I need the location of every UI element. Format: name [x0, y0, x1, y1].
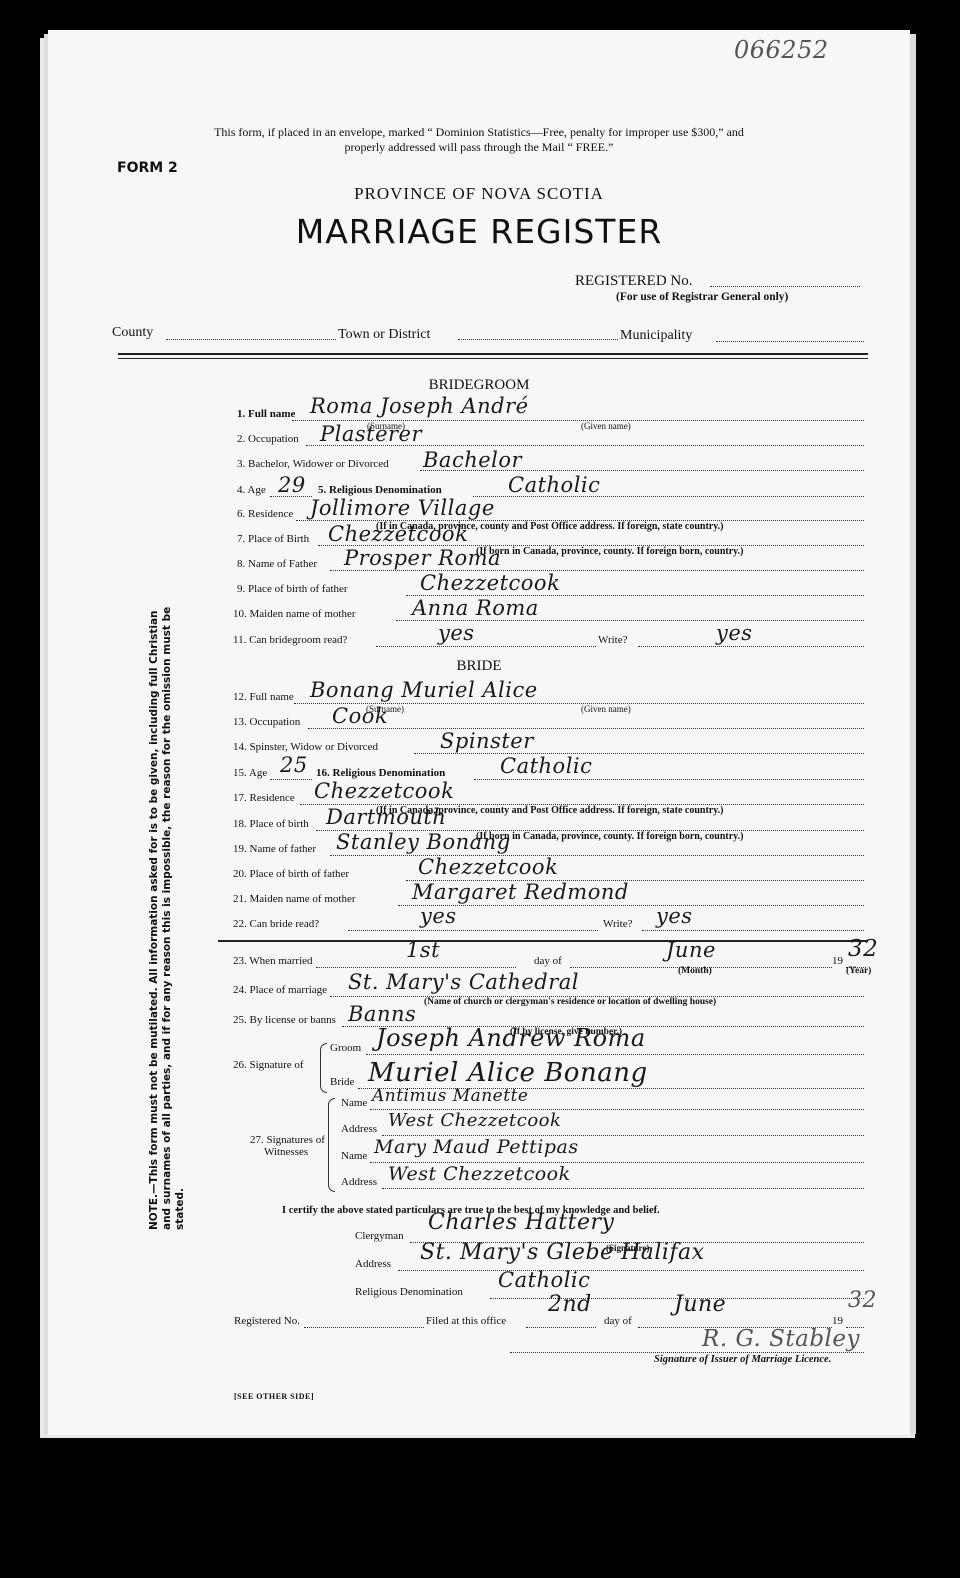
groom-occupation-value: Plasterer	[320, 422, 422, 446]
witness-1-name-label: Name	[341, 1097, 367, 1109]
day-of-label: day of	[534, 955, 562, 967]
groom-age-label: 4. Age	[237, 484, 266, 496]
groom-read-label: 11. Can bridegroom read?	[233, 634, 347, 646]
birthplace-hint: (If born in Canada, province, county. If…	[476, 546, 743, 557]
witness-1-name: Antimus Manette	[372, 1086, 528, 1106]
bride-mother-maiden-label: 21. Maiden name of mother	[233, 893, 356, 905]
mail-notice-line-2: properly addressed will pass through the…	[48, 140, 910, 155]
license-or-banns-label: 25. By license or banns	[233, 1014, 336, 1026]
year-prefix: 19	[832, 955, 843, 967]
groom-religion-value: Catholic	[508, 473, 600, 497]
bride-occupation-value: Cook	[332, 704, 388, 728]
birthplace-hint: (If born in Canada, province, county. If…	[476, 831, 743, 842]
bride-write-line	[642, 930, 864, 931]
bride-father-birthplace-value: Chezzetcook	[418, 855, 558, 879]
mail-notice-line-1: This form, if placed in an envelope, mar…	[48, 125, 910, 140]
witness-1-address-label: Address	[341, 1123, 377, 1135]
registered-no-field	[710, 286, 860, 287]
bride-birthplace-label: 18. Place of birth	[233, 818, 309, 830]
bride-religion-label: 16. Religious Denomination	[316, 767, 445, 779]
married-year-value: 32	[848, 936, 878, 962]
given-name-hint: (Given name)	[581, 704, 631, 714]
witness-2-address-label: Address	[341, 1176, 377, 1188]
groom-father-birthplace-label: 9. Place of birth of father	[237, 583, 348, 595]
marriage-register-page: 066252 This form, if placed in an envelo…	[48, 30, 910, 1435]
license-or-banns-value: Banns	[348, 1002, 416, 1026]
province-heading: PROVINCE OF NOVA SCOTIA	[48, 184, 910, 204]
groom-residence-value: Jollimore Village	[310, 496, 495, 520]
bride-father-name-label: 19. Name of father	[233, 843, 316, 855]
town-label: Town or District	[338, 327, 430, 343]
bride-mother-maiden-line	[398, 905, 864, 906]
groom-signature: Joseph Andrew Roma	[376, 1024, 646, 1052]
given-name-hint: (Given name)	[581, 421, 631, 431]
groom-mother-maiden-label: 10. Maiden name of mother	[233, 608, 356, 620]
filed-month: June	[674, 1292, 726, 1317]
bride-age-label: 15. Age	[233, 767, 267, 779]
groom-father-birthplace-value: Chezzetcook	[420, 571, 560, 595]
witness-2-address: West Chezzetcook	[388, 1163, 571, 1185]
see-other-side: [SEE OTHER SIDE]	[234, 1392, 314, 1401]
issuer-signature: R. G. Stabley	[702, 1326, 860, 1352]
clergyman-denomination-label: Religious Denomination	[355, 1286, 463, 1298]
groom-write-value: yes	[716, 621, 753, 645]
groom-signature-line	[366, 1054, 864, 1055]
groom-marital-status-label: 3. Bachelor, Widower or Divorced	[237, 458, 389, 470]
clergyman-denomination: Catholic	[498, 1268, 590, 1292]
witness-1-address: West Chezzetcook	[388, 1110, 561, 1131]
married-month-value: June	[666, 938, 716, 962]
bride-marital-status-label: 14. Spinster, Widow or Divorced	[233, 741, 378, 753]
registered-no-hint: (For use of Registrar General only)	[616, 291, 788, 303]
groom-residence-label: 6. Residence	[237, 508, 293, 520]
issuer-signature-line	[510, 1352, 864, 1353]
form-number: FORM 2	[117, 160, 178, 176]
groom-religion-label: 5. Religious Denomination	[318, 484, 442, 496]
bride-write-label: Write?	[603, 918, 632, 930]
bride-father-name-value: Stanley Bonang	[336, 830, 511, 854]
witnesses-label: 27. Signatures of	[250, 1134, 325, 1146]
filed-day: 2nd	[548, 1292, 592, 1317]
groom-age-value: 29	[278, 473, 306, 497]
groom-father-name-value: Prosper Roma	[344, 546, 501, 570]
clergyman-label: Clergyman	[355, 1230, 404, 1242]
bride-full-name-value: Bonang Muriel Alice	[310, 678, 538, 702]
signature-of-label: 26. Signature of	[233, 1059, 304, 1071]
filed-day-of-label: day of	[604, 1315, 632, 1327]
witness-2-address-line	[382, 1188, 864, 1189]
bride-residence-label: 17. Residence	[233, 792, 295, 804]
groom-signature-label: Groom	[330, 1042, 361, 1054]
groom-birthplace-value: Chezzetcook	[328, 522, 468, 546]
place-of-marriage-label: 24. Place of marriage	[233, 984, 327, 996]
witness-2-name-label: Name	[341, 1150, 367, 1162]
groom-write-line	[638, 646, 864, 647]
bride-age-line	[270, 779, 312, 780]
bride-marital-status-value: Spinster	[440, 729, 534, 753]
issuer-label: Signature of Issuer of Marriage Licence.	[654, 1354, 831, 1365]
county-field	[166, 339, 336, 340]
groom-full-name-label: 1. Full name	[237, 408, 295, 420]
year-hint: (Year)	[846, 966, 871, 976]
bride-signature: Muriel Alice Bonang	[368, 1058, 648, 1088]
clergyman-address-line	[398, 1270, 864, 1271]
bride-signature-label: Bride	[330, 1076, 354, 1088]
bride-read-label: 22. Can bride read?	[233, 918, 319, 930]
clergyman-signature: Charles Hattery	[428, 1210, 614, 1235]
bride-religion-line	[474, 779, 864, 780]
bride-full-name-label: 12. Full name	[233, 691, 294, 703]
municipality-field	[716, 341, 864, 342]
signature-brace	[320, 1043, 327, 1093]
header-divider	[118, 358, 868, 359]
bride-age-value: 25	[280, 753, 308, 777]
filed-at-office-label: Filed at this office	[426, 1315, 506, 1327]
bride-occupation-label: 13. Occupation	[233, 716, 300, 728]
header-divider	[118, 353, 868, 355]
filing-registered-no-line	[304, 1327, 424, 1328]
place-of-marriage-value: St. Mary's Cathedral	[348, 970, 579, 994]
bride-religion-value: Catholic	[500, 754, 592, 778]
place-of-marriage-hint: (Name of church or clergyman's residence…	[424, 997, 716, 1007]
county-label: County	[112, 325, 153, 341]
town-field	[458, 339, 618, 340]
groom-read-value: yes	[438, 621, 475, 645]
mutilation-note: NOTE.—This form must not be mutilated. A…	[148, 600, 187, 1230]
witnesses-brace	[328, 1098, 335, 1192]
archive-number: 066252	[734, 36, 829, 64]
bride-father-name-line	[330, 855, 864, 856]
groom-marital-status-value: Bachelor	[423, 448, 522, 472]
filed-day-line	[526, 1327, 596, 1328]
page-title: MARRIAGE REGISTER	[48, 212, 910, 251]
groom-full-name-value: Roma Joseph André	[310, 394, 529, 418]
bride-read-line	[348, 930, 598, 931]
bride-birthplace-value: Dartmouth	[326, 805, 446, 829]
filing-registered-no-label: Registered No.	[234, 1315, 300, 1327]
groom-read-line	[376, 646, 596, 647]
bride-mother-maiden-value: Margaret Redmond	[412, 880, 629, 904]
bride-father-birthplace-label: 20. Place of birth of father	[233, 868, 349, 880]
groom-write-label: Write?	[598, 634, 627, 646]
bride-heading: BRIDE	[48, 658, 910, 675]
groom-father-name-label: 8. Name of Father	[237, 558, 317, 570]
bridegroom-heading: BRIDEGROOM	[48, 377, 910, 394]
bride-residence-value: Chezzetcook	[314, 779, 454, 803]
clergyman-address-label: Address	[355, 1258, 391, 1270]
groom-occupation-label: 2. Occupation	[237, 433, 299, 445]
month-hint: (Month)	[678, 966, 712, 976]
bride-marital-status-line	[414, 753, 864, 754]
registered-no-label: REGISTERED No.	[575, 273, 693, 290]
when-married-day-line	[316, 967, 516, 968]
bride-occupation-line	[308, 728, 864, 729]
witnesses-label: Witnesses	[264, 1146, 308, 1158]
bride-read-value: yes	[420, 904, 457, 928]
clergyman-address: St. Mary's Glebe Halifax	[420, 1240, 705, 1265]
witness-2-name: Mary Maud Pettipas	[374, 1136, 579, 1158]
section-divider	[218, 940, 868, 942]
municipality-label: Municipality	[620, 328, 692, 344]
when-married-label: 23. When married	[233, 955, 313, 967]
groom-father-name-line	[330, 570, 864, 571]
groom-mother-maiden-value: Anna Roma	[412, 596, 539, 620]
married-day-value: 1st	[406, 938, 440, 962]
groom-birthplace-label: 7. Place of Birth	[237, 533, 309, 545]
filed-year: 32	[848, 1288, 877, 1313]
bride-write-value: yes	[656, 904, 693, 928]
